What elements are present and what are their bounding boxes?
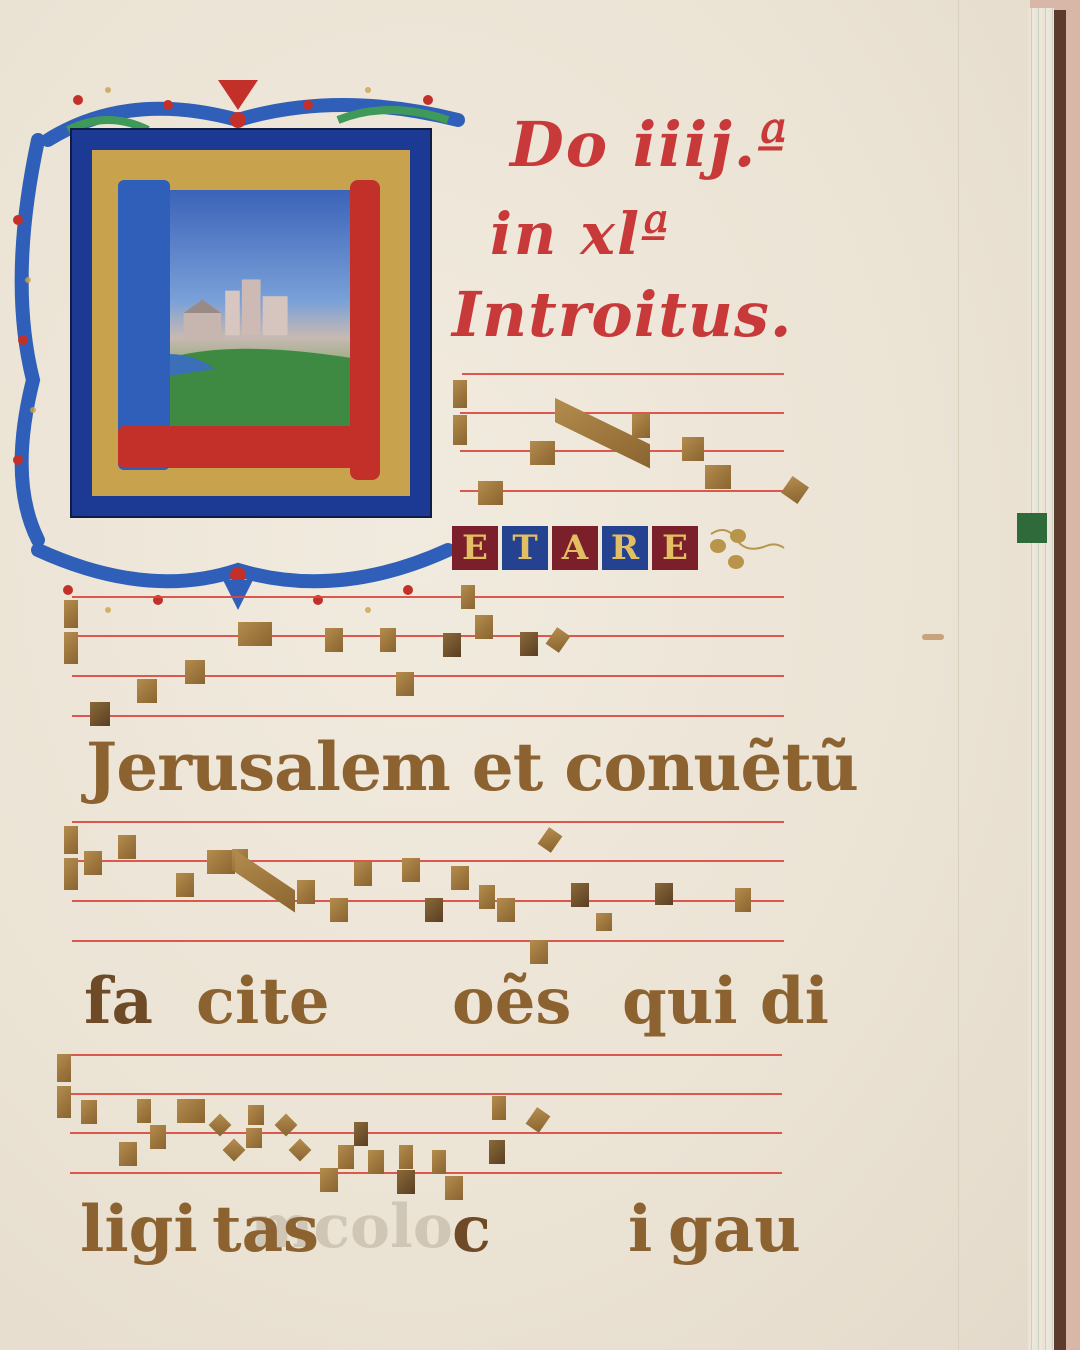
neume <box>530 940 548 964</box>
staff-line <box>72 860 784 862</box>
clef <box>64 600 78 628</box>
neume <box>137 679 157 703</box>
capital-letter: T <box>502 526 548 570</box>
lyric-word: c <box>452 1192 491 1267</box>
neume <box>425 898 443 922</box>
capital-letter: E <box>652 526 698 570</box>
incipit-capitals: E T A R E <box>452 526 698 570</box>
staff-line <box>72 596 784 598</box>
neume <box>520 632 538 656</box>
clef <box>64 858 78 890</box>
neume <box>475 615 493 639</box>
gold-leaf-flourish-icon <box>706 524 786 576</box>
neume <box>325 628 343 652</box>
historiated-initial: L <box>70 128 432 518</box>
neume <box>655 883 673 905</box>
book-binding <box>1054 10 1066 1350</box>
neume <box>402 858 420 882</box>
capital-letter: A <box>552 526 598 570</box>
neume <box>150 1125 166 1149</box>
neume <box>354 1122 368 1146</box>
staff-line <box>72 635 784 637</box>
neume <box>176 873 194 897</box>
clef <box>64 632 78 664</box>
neume <box>478 481 503 505</box>
neume <box>380 628 396 652</box>
staff-line <box>70 1132 782 1134</box>
lyric-word: ligi <box>80 1192 198 1267</box>
neume <box>461 585 475 609</box>
neume <box>443 633 461 657</box>
neume <box>177 1099 205 1123</box>
staff-line <box>460 412 784 414</box>
staff-line <box>460 490 784 492</box>
neume <box>84 851 102 875</box>
rubric-line-2: in xlª <box>490 200 671 268</box>
clef <box>64 826 78 854</box>
staff-line <box>72 675 784 677</box>
neume <box>492 1096 506 1120</box>
neume <box>432 1150 446 1174</box>
neume <box>451 866 469 890</box>
staff-line <box>72 821 784 823</box>
neume <box>207 850 235 874</box>
neume <box>90 702 110 726</box>
page-edges <box>1028 8 1054 1350</box>
neume <box>185 660 205 684</box>
neume <box>119 1142 137 1166</box>
neume <box>238 622 272 646</box>
neume <box>530 441 555 465</box>
gold-ground: L <box>92 150 410 496</box>
lyric-word: qui di <box>622 964 829 1039</box>
staff-line <box>72 715 784 717</box>
neume <box>705 465 731 489</box>
neume <box>81 1100 97 1124</box>
lyric-word: fa <box>84 964 153 1039</box>
lyric-line-1: Jerusalem et conuẽtũ <box>86 728 858 806</box>
neume <box>479 885 495 909</box>
neume <box>396 672 414 696</box>
staff-line <box>462 373 784 375</box>
initial-letter: L <box>92 150 410 496</box>
lyric-word: gau <box>668 1192 801 1267</box>
neume <box>489 1140 505 1164</box>
neume <box>399 1145 413 1169</box>
neume <box>248 1105 264 1125</box>
green-bookmark-tab[interactable] <box>1017 513 1047 543</box>
lyric-word: oẽs <box>452 964 571 1039</box>
neume <box>497 898 515 922</box>
neume <box>118 835 136 859</box>
staff-line <box>70 1093 782 1095</box>
neume <box>368 1150 384 1174</box>
neume <box>596 913 612 931</box>
lyric-word: cite <box>196 964 330 1039</box>
parchment-stain <box>922 634 944 640</box>
neume <box>682 437 704 461</box>
neume <box>338 1145 354 1169</box>
margin-ruling <box>958 0 959 1350</box>
clef <box>57 1054 71 1082</box>
capital-letter: E <box>452 526 498 570</box>
neume <box>330 898 348 922</box>
neume <box>246 1128 262 1148</box>
clef <box>453 380 467 408</box>
clef <box>57 1086 71 1118</box>
lyric-word: i <box>628 1192 652 1267</box>
neume <box>320 1168 338 1192</box>
neume <box>735 888 751 912</box>
lyric-word: tas <box>212 1192 319 1267</box>
capital-letter: R <box>602 526 648 570</box>
staff-line <box>70 1054 782 1056</box>
rubric-line-3: Introitus. <box>452 278 793 351</box>
neume <box>354 862 372 886</box>
rubric-line-1: Do iiij.ª <box>510 108 790 181</box>
neume <box>297 880 315 904</box>
neume <box>632 414 650 438</box>
neume <box>571 883 589 907</box>
staff-line <box>70 1172 782 1174</box>
neume <box>137 1099 151 1123</box>
neume <box>397 1170 415 1194</box>
clef <box>453 415 467 445</box>
staff-line <box>72 940 784 942</box>
